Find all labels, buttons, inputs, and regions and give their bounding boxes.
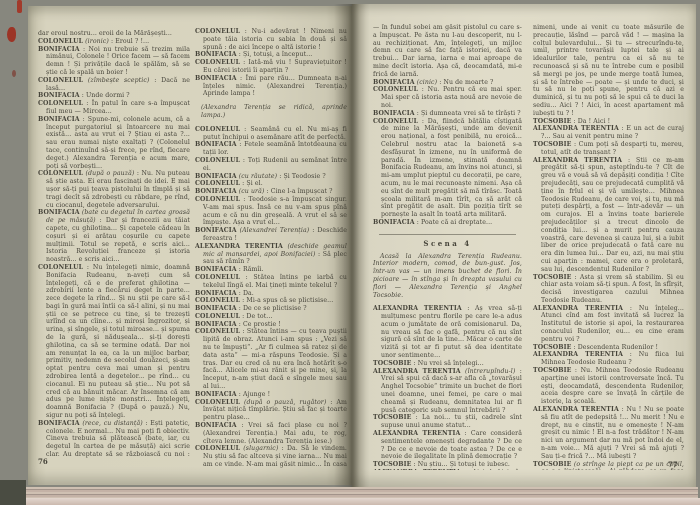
left-page-column-2: COLONELUL : Nu-i adevărat ! Nimeni nu po… bbox=[195, 28, 347, 468]
dialogue-line: ALEXANDRA TERENTIA (întrerupîndu-l) : Vr… bbox=[373, 368, 522, 415]
right-page-number: 77 bbox=[668, 460, 678, 469]
speaker-name: ALEXANDRA TERENTIA bbox=[533, 305, 623, 312]
speaker-name: ALEXANDRA TERENTIA bbox=[373, 305, 462, 312]
red-smudge bbox=[12, 70, 16, 77]
dialogue-line: ALEXANDRA TERENTIA (deschide geamul mic … bbox=[195, 243, 347, 266]
dialogue-line: COLONELUL : Iată-mă viu ! Supraviețuitor… bbox=[195, 59, 347, 75]
dialogue-line: BONIFACIA (cinic) : Nu de moarte ? bbox=[373, 79, 522, 87]
dialogue-line: COLONELUL : În patul în care s-a împușca… bbox=[38, 100, 190, 116]
speaker-name: TOCSOBIE bbox=[533, 461, 571, 468]
dialogue-line: BONIFACIA : Vrei să faci plase cu noi ? … bbox=[195, 422, 347, 445]
dialogue-line: BONIFACIA : De ce se plictisise ? bbox=[195, 305, 347, 313]
inline-stage-direction: (cu răutate) bbox=[239, 173, 277, 180]
dialogue-line: COLONELUL : Stătea întins pe iarbă cu te… bbox=[195, 274, 347, 290]
dialogue-line: TOCSOBIE : Descendenta Rudenilor ! bbox=[533, 344, 684, 352]
dialogue-line: BONIFACIA : Spune-mi, colonele acum, că … bbox=[38, 116, 190, 171]
speaker-name: BONIFACIA bbox=[38, 420, 80, 427]
speaker-name: BONIFACIA bbox=[373, 79, 415, 86]
speaker-name: BONIFACIA bbox=[195, 75, 237, 82]
dialogue-line: COLONELUL : Stătea întins — cu țeava puș… bbox=[195, 328, 347, 390]
dialogue-line: ALEXANDRA TERENTIA : Aș vrea să-ți mulțu… bbox=[373, 305, 522, 360]
dialogue-line: ALEXANDRA TERENTIA : Nu înțeleg... Atunc… bbox=[533, 305, 684, 344]
speaker-name: ALEXANDRA TERENTIA bbox=[373, 368, 461, 375]
dialogue-line: TOCSOBIE : Cum poți să desparți tu, mere… bbox=[533, 141, 684, 157]
speaker-name: ALEXANDRA TERENTIA bbox=[533, 351, 623, 358]
inline-stage-direction: (slugarnic) bbox=[243, 445, 278, 452]
speaker-name: BONIFACIA bbox=[38, 209, 80, 216]
dialogue-line: ALEXANDRA TERENTIA : Nu ! Nu se poate să… bbox=[533, 406, 684, 461]
speaker-name: COLONELUL bbox=[195, 59, 240, 66]
dialogue-line: TOCSOBIE : Nu. Mihnea Teodosie Rudeanu a… bbox=[533, 367, 684, 406]
dialogue-line: ALEXANDRA TERENTIA : Știi ce m-am pregăt… bbox=[533, 157, 684, 274]
dialogue-line: COLONELUL : Și el. bbox=[195, 180, 347, 188]
dialogue-line: BONIFACIA (bate cu degetul în cartea gro… bbox=[38, 209, 190, 264]
speaker-name: BONIFACIA bbox=[38, 46, 80, 53]
speaker-name: ALEXANDRA TERENTIA bbox=[373, 469, 461, 470]
speaker-name: COLONELUL bbox=[195, 157, 240, 164]
speaker-name: TOCSOBIE bbox=[373, 414, 411, 421]
speaker-name: TOCSOBIE bbox=[373, 360, 411, 367]
dialogue-line: BONIFACIA (Alexandrei Terenția) : Deschi… bbox=[195, 227, 347, 243]
dialogue-line: COLONELUL (slugarnic) : Da. Să le vindem… bbox=[195, 445, 347, 468]
dialogue-line: ALEXANDRA TERENTIA : Nu fiica lui Mihnea… bbox=[533, 351, 684, 367]
dialogue-line: BONIFACIA : Da. bbox=[195, 290, 347, 298]
dialogue-line: BONIFACIA : Unde dormi ? bbox=[38, 92, 190, 100]
speaker-name: BONIFACIA bbox=[38, 92, 80, 99]
dialogue-line: TOCSOBIE : Da ! Aici ! bbox=[533, 118, 684, 126]
speaker-name: TOCSOBIE bbox=[533, 344, 571, 351]
dialogue-line: TOCSOBIE : Asta și vrem să stabilim. Și … bbox=[533, 274, 684, 305]
speaker-name: COLONELUL bbox=[195, 196, 240, 203]
inline-stage-direction: (după o pauză, rugător) bbox=[244, 399, 326, 406]
red-ink-blob bbox=[7, 27, 16, 42]
speaker-name: ALEXANDRA TERENTIA bbox=[373, 430, 460, 437]
scene-heading: Scena 4 bbox=[379, 234, 516, 248]
speaker-name: COLONELUL bbox=[38, 170, 83, 177]
speaker-name: COLONELUL bbox=[195, 28, 240, 35]
dialogue-line: BONIFACIA (cu ură) : Cine l-a împușcat ? bbox=[195, 188, 347, 196]
dialogue-line: COLONELUL : Nu. Pentru că eu mai sper. M… bbox=[373, 86, 522, 109]
speaker-name: COLONELUL bbox=[38, 38, 83, 45]
left-page: dar eroul nostru... eroii de la Mărășeșt… bbox=[28, 6, 352, 485]
speaker-name: COLONELUL bbox=[195, 126, 240, 133]
speaker-name: COLONELUL bbox=[195, 180, 240, 187]
inline-stage-direction: (întrerupîndu-l) bbox=[465, 368, 515, 375]
dialogue-line: COLONELUL : Seamănă cu el. Nu mi-aș fi p… bbox=[195, 126, 347, 142]
dialogue-line: COLONELUL : Da, fiindcă bătălia cîștigat… bbox=[373, 118, 522, 219]
speaker-name: COLONELUL bbox=[195, 274, 240, 281]
speaker-name: BONIFACIA bbox=[195, 305, 237, 312]
inline-stage-direction: (după o pauză) bbox=[86, 170, 135, 177]
dialogue-line: BONIFACIA (cu răutate) : Și Teodosie ? bbox=[195, 173, 347, 181]
book-scan: dar eroul nostru... eroii de la Mărășeșt… bbox=[0, 0, 700, 505]
red-bookmark-mark bbox=[17, 0, 22, 13]
speaker-name: ALEXANDRA TERENTIA bbox=[533, 157, 622, 164]
dialogue-line: COLONELUL : Teodosie s-a împușcat singur… bbox=[195, 196, 347, 227]
speaker-name: TOCSOBIE bbox=[533, 274, 571, 281]
page-stack-fore-edge bbox=[24, 487, 698, 498]
inline-stage-direction: (Alexandrei Terenția) bbox=[240, 227, 310, 234]
speaker-name: COLONELUL bbox=[195, 313, 240, 320]
speaker-name: ALEXANDRA TERENTIA bbox=[533, 125, 619, 132]
dialogue-line: COLONELUL : Toți Rudenii au semănat într… bbox=[195, 157, 347, 173]
dialogue-line: COLONELUL (ironic) : Eroul ? !... bbox=[38, 38, 190, 46]
speaker-name: BONIFACIA bbox=[373, 110, 415, 117]
right-page-column-2: nimeni, unde ai venit cu toate măsurile … bbox=[533, 24, 684, 470]
dialogue-line: COLONELUL : Nu-i adevărat ! Nimeni nu po… bbox=[195, 28, 347, 51]
dialogue-line: COLONELUL : Mi-a spus că se plictisise..… bbox=[195, 297, 347, 305]
speaker-name: BONIFACIA bbox=[195, 391, 237, 398]
speaker-name: BONIFACIA bbox=[195, 173, 237, 180]
speaker-name: COLONELUL bbox=[373, 86, 418, 93]
speaker-name: BONIFACIA bbox=[195, 321, 237, 328]
dialogue-line: BONIFACIA : Îmi pare rău... Dumneata n-a… bbox=[195, 75, 347, 98]
dialogue-line: TOCSOBIE : La noi... tu știi, cadrele sî… bbox=[373, 414, 522, 430]
right-page: — în fundul sobei am găsit pistolul cu c… bbox=[352, 4, 696, 487]
speaker-name: BONIFACIA bbox=[195, 51, 237, 58]
speaker-name: COLONELUL bbox=[38, 100, 83, 107]
inline-stage-direction: (rece, cu distanță) bbox=[82, 420, 142, 427]
dialogue-line: TOCSOBIE : Nu vrei să înțelegi... bbox=[373, 360, 522, 368]
dialogue-line: TOCSOBIE (o strînge la piept ca pe un co… bbox=[533, 461, 684, 470]
speaker-name: TOCSOBIE bbox=[533, 367, 571, 374]
dialogue-line: COLONELUL : De tot... bbox=[195, 313, 347, 321]
scene-setting: Acasă la Alexandra Terenția Rudeanu. Int… bbox=[373, 253, 522, 300]
stage-direction: (Alexandra Terenția se ridică, aprinde l… bbox=[195, 104, 347, 120]
speaker-name: TOCSOBIE bbox=[373, 461, 411, 468]
dialogue-line: BONIFACIA : Ajunge ! bbox=[195, 391, 347, 399]
dialogue-line: COLONELUL (zîmbește sceptic) : Dacă ne l… bbox=[38, 77, 190, 93]
speaker-name: TOCSOBIE bbox=[533, 141, 571, 148]
continuation-text: nimeni, unde ai venit cu toate măsurile … bbox=[533, 24, 684, 118]
dialogue-line: COLONELUL (după o pauză, rugător) : Am î… bbox=[195, 399, 347, 422]
inline-stage-direction: (zîmbește sceptic) bbox=[88, 77, 150, 84]
dialogue-line: ALEXANDRA TERENTIA : Aici ! Aici, în ace… bbox=[373, 469, 522, 470]
dialogue-line: COLONELUL (după o pauză) : Nu. Nu puteau… bbox=[38, 170, 190, 209]
dialogue-line: TOCSOBIE : Nu știu... Și totuși te iubes… bbox=[373, 461, 522, 469]
speaker-name: COLONELUL bbox=[195, 445, 240, 452]
bottom-page-edge bbox=[18, 498, 700, 505]
speaker-name: TOCSOBIE bbox=[533, 118, 571, 125]
dialogue-line: COLONELUL : Nu înțelegeți nimic, doamnă … bbox=[38, 264, 190, 420]
speaker-name: ALEXANDRA TERENTIA bbox=[533, 406, 619, 413]
dialogue-line: BONIFACIA : Rămîi. bbox=[195, 266, 347, 274]
speaker-name: COLONELUL bbox=[38, 77, 83, 84]
inline-stage-direction: (cu ură) bbox=[239, 188, 265, 195]
speaker-name: BONIFACIA bbox=[195, 188, 237, 195]
speaker-name: ALEXANDRA TERENTIA bbox=[195, 243, 283, 250]
speaker-name: BONIFACIA bbox=[195, 227, 237, 234]
right-page-column-1: — în fundul sobei am găsit pistolul cu c… bbox=[373, 24, 522, 470]
dialogue-line: BONIFACIA (rece, cu distanță) : Ești pat… bbox=[38, 420, 190, 458]
speaker-name: COLONELUL bbox=[38, 264, 83, 271]
dialogue-line: BONIFACIA : Ce prostie ! bbox=[195, 321, 347, 329]
speaker-name: COLONELUL bbox=[195, 328, 240, 335]
dialogue-line: ALEXANDRA TERENTIA : E un act de curaj ?… bbox=[533, 125, 684, 141]
speaker-name: BONIFACIA bbox=[38, 116, 80, 123]
dialogue-line: BONIFACIA : Poate că ai dreptate... bbox=[373, 219, 522, 227]
speaker-name: BONIFACIA bbox=[195, 141, 237, 148]
bottom-left-cover-corner bbox=[0, 480, 26, 505]
speaker-name: COLONELUL bbox=[373, 118, 418, 125]
left-page-number: 76 bbox=[38, 457, 48, 466]
continuation-text: — în fundul sobei am găsit pistolul cu c… bbox=[373, 24, 522, 79]
speaker-name: BONIFACIA bbox=[195, 290, 237, 297]
dialogue-line: ALEXANDRA TERENTIA : Care consideră sent… bbox=[373, 430, 522, 461]
speaker-name: COLONELUL bbox=[195, 399, 240, 406]
speaker-name: BONIFACIA bbox=[373, 219, 415, 226]
inline-stage-direction: (cinic) bbox=[417, 79, 437, 86]
dialogue-line: BONIFACIA : Și dumneata vrei să te tîrăș… bbox=[373, 110, 522, 118]
speaker-name: BONIFACIA bbox=[195, 422, 237, 429]
dialogue-line: BONIFACIA : Și, totuși, a început... bbox=[195, 51, 347, 59]
speaker-name: BONIFACIA bbox=[195, 266, 237, 273]
inline-stage-direction: (ironic) bbox=[85, 38, 109, 45]
dialogue-line: BONIFACIA : Noi nu trebuie să trezim mil… bbox=[38, 46, 190, 77]
speaker-name: COLONELUL bbox=[195, 297, 240, 304]
continuation-text: dar eroul nostru... eroii de la Mărășeșt… bbox=[38, 30, 190, 38]
left-page-column-1: dar eroul nostru... eroii de la Mărășeșt… bbox=[38, 30, 190, 458]
dialogue-line: BONIFACIA : Fetele seamănă întotdeauna c… bbox=[195, 141, 347, 157]
